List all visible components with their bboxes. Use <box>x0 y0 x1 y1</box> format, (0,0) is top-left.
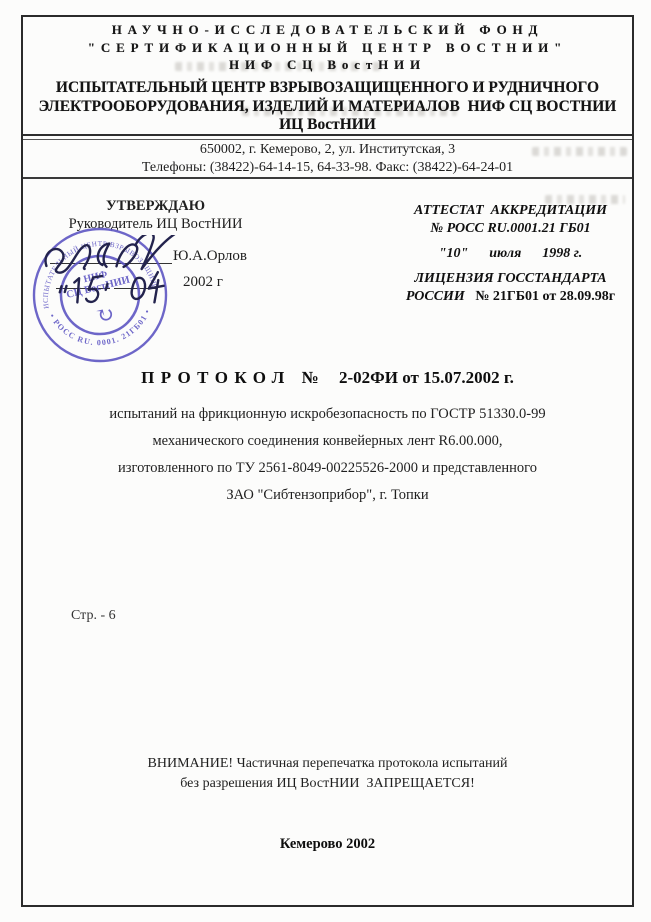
protocol-body-line1: испытаний на фрикционную искробезопаснос… <box>23 406 632 422</box>
org-name-line3: НИФ СЦ ВостНИИ <box>23 56 632 74</box>
protocol-title-word: ПРОТОКОЛ № <box>141 368 325 387</box>
signature-stroke <box>140 235 183 269</box>
test-center-line3: ИЦ ВостНИИ <box>23 116 632 135</box>
signature-stroke <box>97 244 110 268</box>
org-name-line2: "СЕРТИФИКАЦИОННЫЙ ЦЕНТР ВОСТНИИ" <box>23 39 632 57</box>
protocol-title: ПРОТОКОЛ №2-02ФИ от 15.07.2002 г. <box>23 368 632 388</box>
handwritten-digit-4 <box>148 272 165 303</box>
single-rule <box>23 177 632 179</box>
handwritten-quote <box>59 286 66 292</box>
license-line2-number: № 21ГБ01 от 28.09.98г <box>475 289 615 304</box>
test-center-header: ИСПЫТАТЕЛЬНЫЙ ЦЕНТР ВЗРЫВОЗАЩИЩЕННОГО И … <box>23 79 632 135</box>
protocol-body-line2: механического соединения конвейерных лен… <box>23 433 632 449</box>
double-rule <box>23 134 632 140</box>
signature-svg <box>41 235 246 320</box>
accreditation-line1: АТТЕСТАТ АККРЕДИТАЦИИ <box>383 203 638 219</box>
org-header: НАУЧНО-ИССЛЕДОВАТЕЛЬСКИЙ ФОНД "СЕРТИФИКА… <box>23 21 632 74</box>
handwritten-digit-1 <box>74 278 80 302</box>
accreditation-line2: № РОСС RU.0001.21 ГБ01 <box>383 221 638 237</box>
warning-line1: ВНИМАНИЕ! Частичная перепечатка протокол… <box>23 754 632 774</box>
reprint-warning: ВНИМАНИЕ! Частичная перепечатка протокол… <box>23 754 632 793</box>
warning-line2: без разрешения ИЦ ВостНИИ ЗАПРЕЩАЕТСЯ! <box>23 774 632 794</box>
handwritten-digit-5 <box>85 276 103 302</box>
license-line2: РОССИИ № 21ГБ01 от 28.09.98г <box>383 289 638 305</box>
address-block: 650002, г. Кемерово, 2, ул. Институтская… <box>23 141 632 176</box>
protocol-description: испытаний на фрикционную искробезопаснос… <box>23 406 632 514</box>
protocol-body-line3: изготовленного по ТУ 2561-8049-00225526-… <box>23 460 632 476</box>
test-center-line1: ИСПЫТАТЕЛЬНЫЙ ЦЕНТР ВЗРЫВОЗАЩИЩЕННОГО И … <box>23 79 632 98</box>
approve-label: УТВЕРЖДАЮ <box>53 198 258 215</box>
license-line1: ЛИЦЕНЗИЯ ГОССТАНДАРТА <box>383 271 638 287</box>
org-name-line1: НАУЧНО-ИССЛЕДОВАТЕЛЬСКИЙ ФОНД <box>23 21 632 39</box>
page-count-note: Стр. - 6 <box>71 608 116 624</box>
protocol-title-number: 2-02ФИ от 15.07.2002 г. <box>339 368 514 387</box>
city-year-footer: Кемерово 2002 <box>23 836 632 853</box>
handwritten-signature <box>41 235 246 320</box>
license-line2-country: РОССИИ <box>406 289 465 304</box>
scanned-document-page: НАУЧНО-ИССЛЕДОВАТЕЛЬСКИЙ ФОНД "СЕРТИФИКА… <box>0 0 651 922</box>
signature-stroke <box>45 245 91 273</box>
test-center-line2: ЭЛЕКТРООБОРУДОВАНИЯ, ИЗДЕЛИЙ И МАТЕРИАЛО… <box>23 98 632 117</box>
phones-line: Телефоны: (38422)-64-14-15, 64-33-98. Фа… <box>23 159 632 177</box>
handwritten-quote <box>105 284 107 290</box>
signature-stroke <box>115 244 138 267</box>
protocol-body-line4: ЗАО "Сибтензоприбор", г. Топки <box>23 487 632 503</box>
accreditation-date: "10" июля 1998 г. <box>383 246 638 262</box>
handwritten-digit-0 <box>131 278 146 300</box>
address-line: 650002, г. Кемерово, 2, ул. Институтская… <box>23 141 632 159</box>
document-border-frame: НАУЧНО-ИССЛЕДОВАТЕЛЬСКИЙ ФОНД "СЕРТИФИКА… <box>21 15 634 907</box>
